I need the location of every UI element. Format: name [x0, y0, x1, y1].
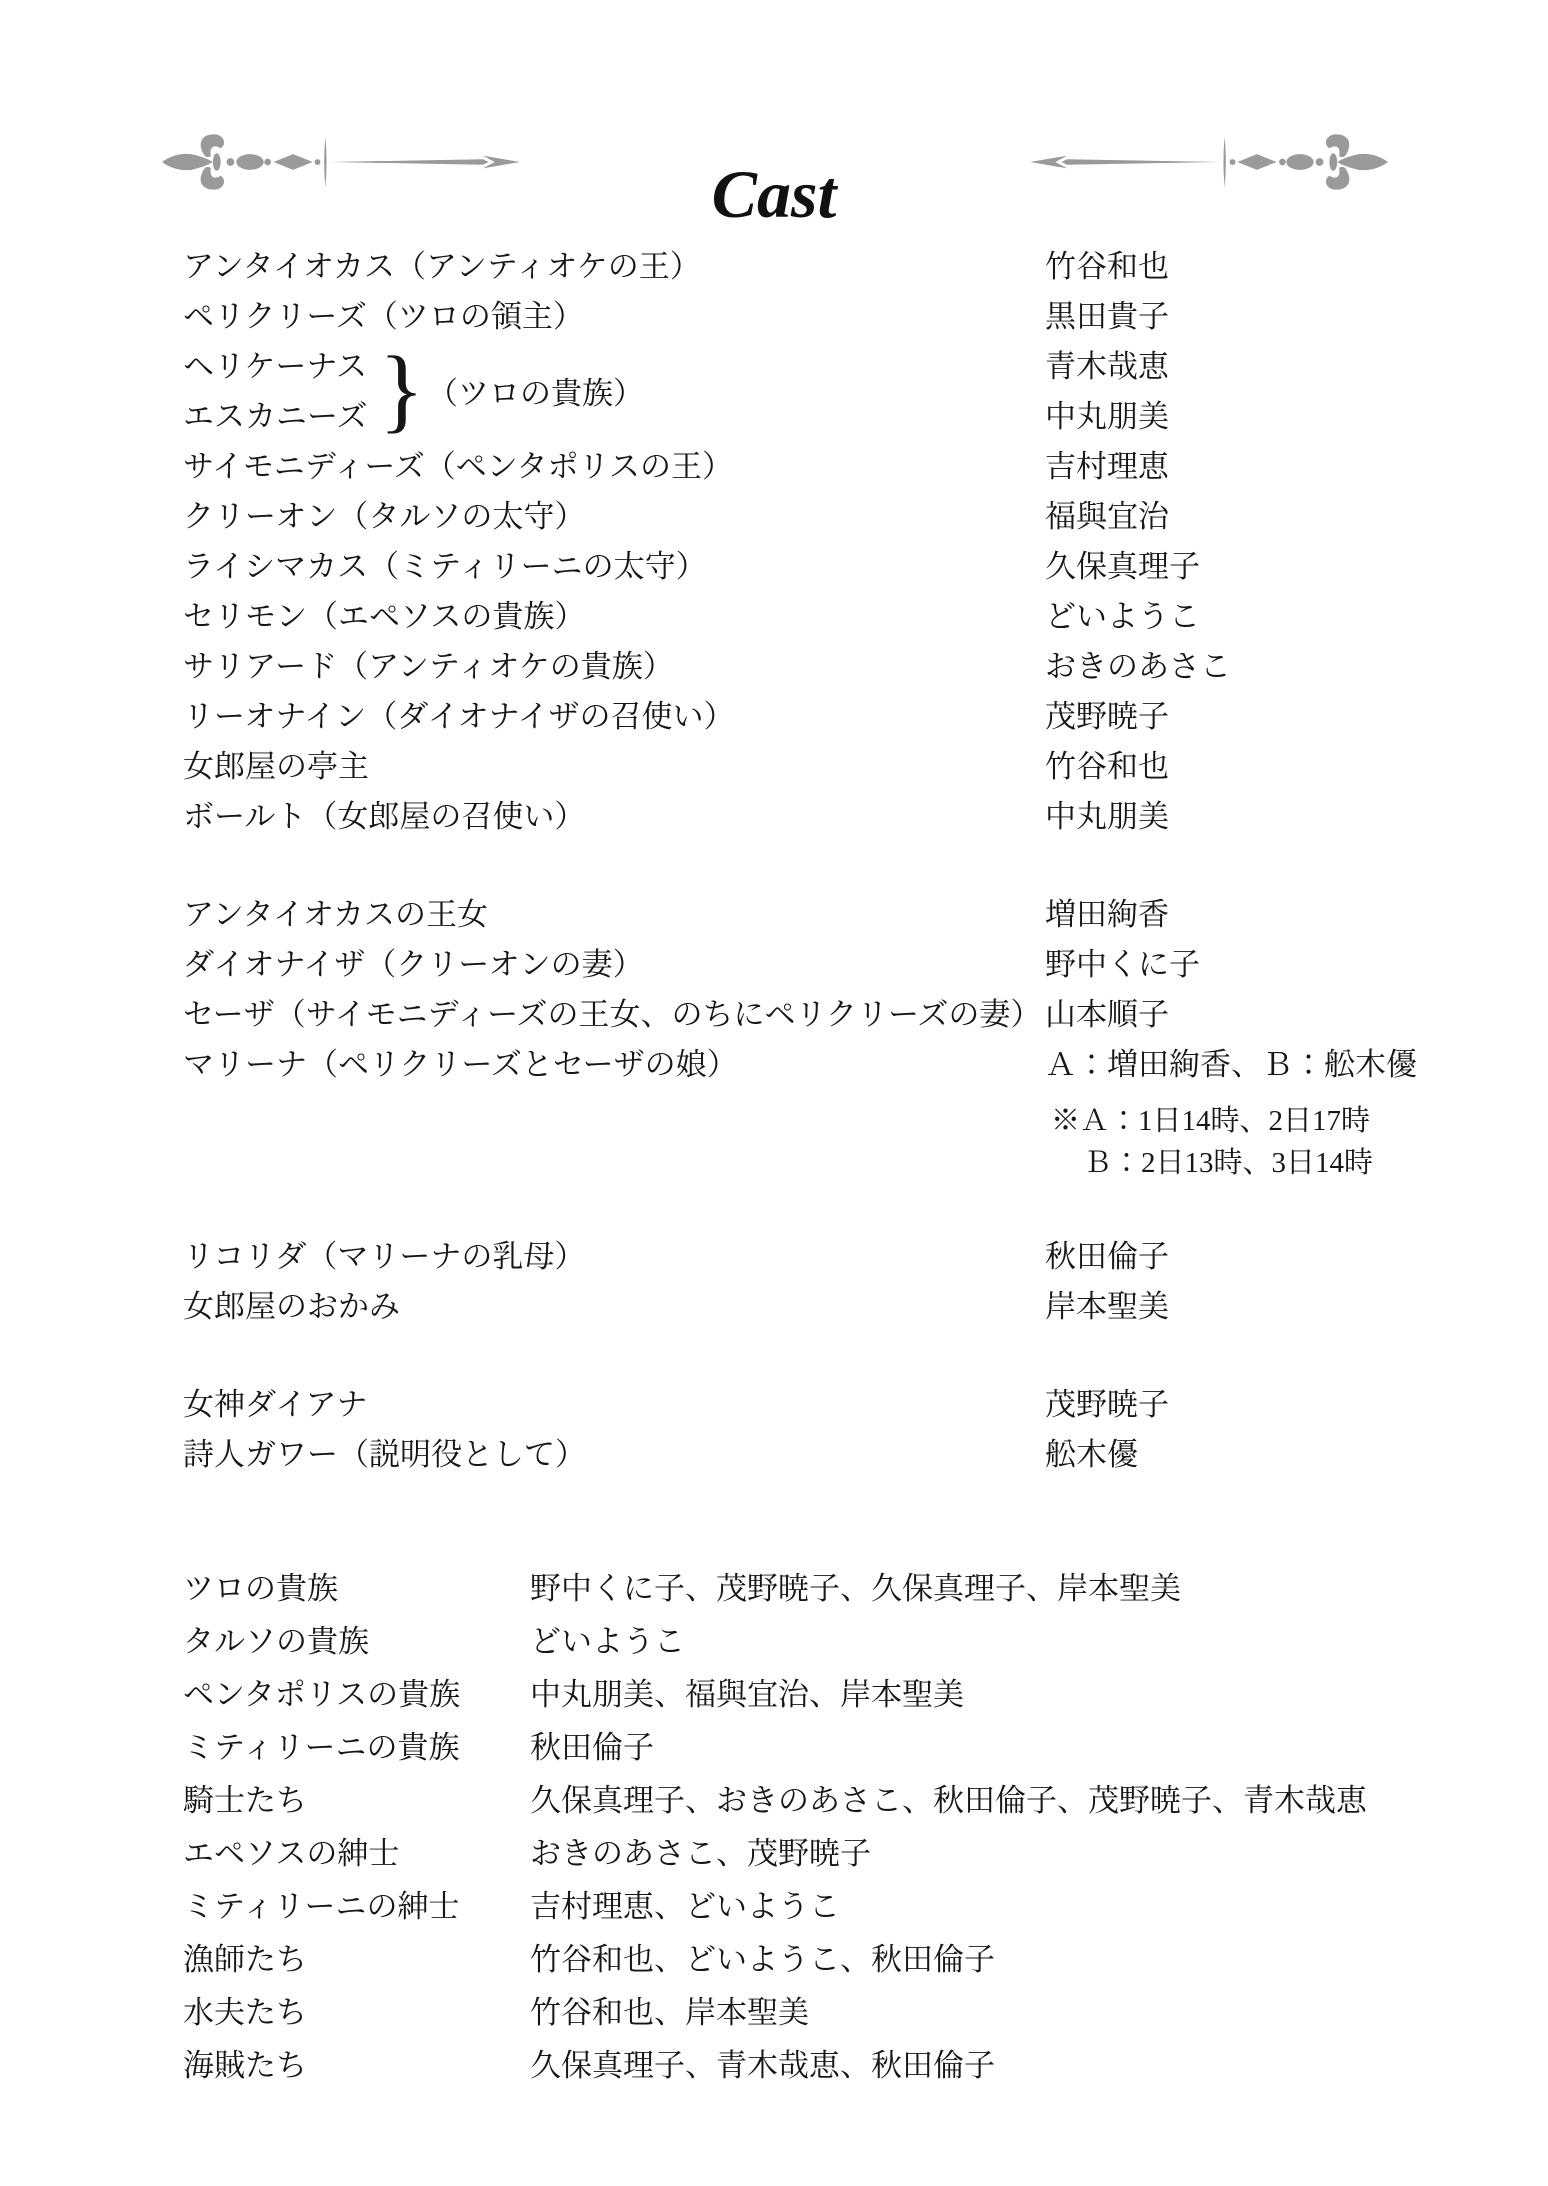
- role-name: ボールト（女郎屋の召使い）: [183, 799, 585, 834]
- cast-row: リコリダ（マリーナの乳母） 秋田倫子: [183, 1232, 1503, 1282]
- section-gap: [183, 842, 1503, 890]
- cast-row: アンタイオカス（アンティオケの王） 竹谷和也: [183, 242, 1503, 292]
- ensemble-row: エペソスの紳士 おきのあさこ、茂野暁子: [183, 1827, 1503, 1880]
- cast-brace-group: ヘリケーナス エスカニーズ } （ツロの貴族） 青木哉恵 中丸朋美: [183, 342, 1503, 442]
- ensemble-row: 水夫たち 竹谷和也、岸本聖美: [183, 1986, 1503, 2039]
- ensemble-members: どいようこ: [530, 1615, 685, 1668]
- role-name: サリアード（アンティオケの貴族）: [183, 649, 674, 684]
- role-name: 詩人ガワー（説明役として）: [183, 1437, 586, 1472]
- actor-name: 岸本聖美: [1045, 1282, 1169, 1332]
- section-gap: [183, 1184, 1503, 1232]
- cast-row: アンタイオカスの王女 増田絢香: [183, 890, 1503, 940]
- cast-row: 女神ダイアナ 茂野暁子: [183, 1380, 1503, 1430]
- role-name: セリモン（エペソスの貴族）: [183, 599, 585, 634]
- cast-row: 詩人ガワー（説明役として） 舩木優: [183, 1430, 1503, 1480]
- cast-row: マリーナ（ペリクリーズとセーザの娘） Ａ：増田絢香、Ｂ：舩木優: [183, 1040, 1503, 1090]
- actor-name: 舩木優: [1045, 1430, 1138, 1480]
- ensemble-group-name: 漁師たち: [183, 1942, 307, 1977]
- cast-row: 女郎屋のおかみ 岸本聖美: [183, 1282, 1503, 1332]
- ensemble-row: 漁師たち 竹谷和也、どいようこ、秋田倫子: [183, 1933, 1503, 1986]
- double-cast-note: ※Ａ：1日14時、2日17時Ｂ：2日13時、3日14時: [183, 1100, 1503, 1184]
- ensemble-members: 中丸朋美、福與宜治、岸本聖美: [530, 1668, 964, 1721]
- role-name: ペリクリーズ（ツロの領主）: [183, 299, 584, 334]
- ensemble-row: ミティリーニの貴族 秋田倫子: [183, 1721, 1503, 1774]
- ensemble-row: ミティリーニの紳士 吉村理恵、どいようこ: [183, 1880, 1503, 1933]
- actor-name: 中丸朋美: [1045, 792, 1169, 842]
- ensemble-row: ツロの貴族 野中くに子、茂野暁子、久保真理子、岸本聖美: [183, 1562, 1503, 1615]
- role-name: マリーナ（ペリクリーズとセーザの娘）: [183, 1047, 738, 1082]
- role-name: アンタイオカス（アンティオケの王）: [183, 249, 701, 284]
- ensemble-members: おきのあさこ、茂野暁子: [530, 1827, 871, 1880]
- actor-name: 福與宜治: [1045, 492, 1169, 542]
- role-name: サイモニディーズ（ペンタポリスの王）: [183, 449, 733, 484]
- actor-name: 黒田貴子: [1045, 292, 1169, 342]
- cast-row: サリアード（アンティオケの貴族） おきのあさこ: [183, 642, 1503, 692]
- actor-name: 久保真理子: [1045, 542, 1200, 592]
- actor-name: 竹谷和也: [1045, 242, 1169, 292]
- cast-row: ボールト（女郎屋の召使い） 中丸朋美: [183, 792, 1503, 842]
- ensemble-group-name: エペソスの紳士: [183, 1836, 399, 1871]
- cast-row: 女郎屋の亭主 竹谷和也: [183, 742, 1503, 792]
- role-name: リーオナイン（ダイオナイザの召使い）: [183, 699, 735, 734]
- actor-name: 野中くに子: [1045, 940, 1200, 990]
- double-cast-note-line: ※Ａ：1日14時、2日17時: [183, 1100, 1503, 1142]
- ensemble-members: 野中くに子、茂野暁子、久保真理子、岸本聖美: [530, 1562, 1181, 1615]
- ensemble-members: 竹谷和也、岸本聖美: [530, 1986, 809, 2039]
- page-header: Cast: [0, 0, 1548, 230]
- ensemble-members: 久保真理子、青木哉恵、秋田倫子: [530, 2039, 995, 2092]
- actor-name: 茂野暁子: [1045, 1380, 1169, 1430]
- role-name: セーザ（サイモニディーズの王女、のちにペリクリーズの妻）: [183, 997, 1041, 1032]
- ensemble-group-name: ペンタポリスの貴族: [183, 1677, 460, 1712]
- actor-name: 茂野暁子: [1045, 692, 1169, 742]
- cast-row: ダイオナイザ（クリーオンの妻） 野中くに子: [183, 940, 1503, 990]
- section-gap: [183, 1332, 1503, 1380]
- role-name: ダイオナイザ（クリーオンの妻）: [183, 947, 644, 982]
- ensemble-group-name: タルソの貴族: [183, 1624, 369, 1659]
- ensemble-group-name: 騎士たち: [183, 1783, 307, 1818]
- ensemble-row: 海賊たち 久保真理子、青木哉恵、秋田倫子: [183, 2039, 1503, 2092]
- cast-row: セーザ（サイモニディーズの王女、のちにペリクリーズの妻） 山本順子: [183, 990, 1503, 1040]
- cast-row: ペリクリーズ（ツロの領主） 黒田貴子: [183, 292, 1503, 342]
- actor-name: 山本順子: [1045, 990, 1169, 1040]
- ensemble-group-name: 水夫たち: [183, 1995, 307, 2030]
- cast-row: ライシマカス（ミティリーニの太守） 久保真理子: [183, 542, 1503, 592]
- actor-name: どいようこ: [1045, 592, 1200, 642]
- ensemble-members: 久保真理子、おきのあさこ、秋田倫子、茂野暁子、青木哉恵: [530, 1774, 1367, 1827]
- cast-row: セリモン（エペソスの貴族） どいようこ: [183, 592, 1503, 642]
- ensemble-row: タルソの貴族 どいようこ: [183, 1615, 1503, 1668]
- role-name: 女郎屋のおかみ: [183, 1289, 400, 1324]
- flourish-divider-right-icon: [1028, 130, 1390, 194]
- ensemble-group-name: ミティリーニの貴族: [183, 1730, 460, 1765]
- cast-row: リーオナイン（ダイオナイザの召使い） 茂野暁子: [183, 692, 1503, 742]
- ensemble-row: 騎士たち 久保真理子、おきのあさこ、秋田倫子、茂野暁子、青木哉恵: [183, 1774, 1503, 1827]
- ensemble-row: ペンタポリスの貴族 中丸朋美、福與宜治、岸本聖美: [183, 1668, 1503, 1721]
- role-name: 女神ダイアナ: [183, 1387, 367, 1422]
- ensemble-members: 吉村理恵、どいようこ: [530, 1880, 840, 1933]
- role-name: ライシマカス（ミティリーニの太守）: [183, 549, 707, 584]
- double-cast-note-text: Ｂ：2日13時、3日14時: [1083, 1142, 1373, 1184]
- role-name: クリーオン（タルソの太守）: [183, 499, 585, 534]
- cast-row: サイモニディーズ（ペンタポリスの王） 吉村理恵: [183, 442, 1503, 492]
- brace-glyph: }: [379, 342, 424, 442]
- actor-name: 吉村理恵: [1045, 442, 1169, 492]
- actor-name: 竹谷和也: [1045, 742, 1169, 792]
- actor-name: おきのあさこ: [1045, 642, 1231, 692]
- actor-name: 秋田倫子: [1045, 1232, 1169, 1282]
- brace-shared-note: （ツロの貴族）: [427, 342, 644, 442]
- ensemble-group-name: 海賊たち: [183, 2048, 307, 2083]
- actor-name: 青木哉恵: [1045, 342, 1445, 392]
- actor-name: Ａ：増田絢香、Ｂ：舩木優: [1045, 1040, 1417, 1090]
- double-cast-note-text: ※Ａ：1日14時、2日17時: [1051, 1100, 1370, 1142]
- cast-row: クリーオン（タルソの太守） 福與宜治: [183, 492, 1503, 542]
- ensemble-members: 竹谷和也、どいようこ、秋田倫子: [530, 1933, 995, 1986]
- role-name: アンタイオカスの王女: [183, 897, 488, 932]
- ensemble-group-name: ミティリーニの紳士: [183, 1889, 460, 1924]
- ensemble-members: 秋田倫子: [530, 1721, 654, 1774]
- actor-name: 中丸朋美: [1045, 392, 1445, 442]
- actor-name: 増田絢香: [1045, 890, 1169, 940]
- role-name: リコリダ（マリーナの乳母）: [183, 1239, 585, 1274]
- role-name: 女郎屋の亭主: [183, 749, 369, 784]
- ensemble-group-name: ツロの貴族: [183, 1571, 338, 1606]
- principal-cast-list: アンタイオカス（アンティオケの王） 竹谷和也 ペリクリーズ（ツロの領主） 黒田貴…: [183, 242, 1503, 1480]
- cast-program-page: Cast アンタイオカス（アンティオケの王） 竹谷和也 ペリクリーズ（ツロの領主…: [0, 0, 1548, 2186]
- ensemble-cast-list: ツロの貴族 野中くに子、茂野暁子、久保真理子、岸本聖美 タルソの貴族 どいようこ…: [183, 1562, 1503, 2092]
- double-cast-note-line: Ｂ：2日13時、3日14時: [183, 1142, 1503, 1184]
